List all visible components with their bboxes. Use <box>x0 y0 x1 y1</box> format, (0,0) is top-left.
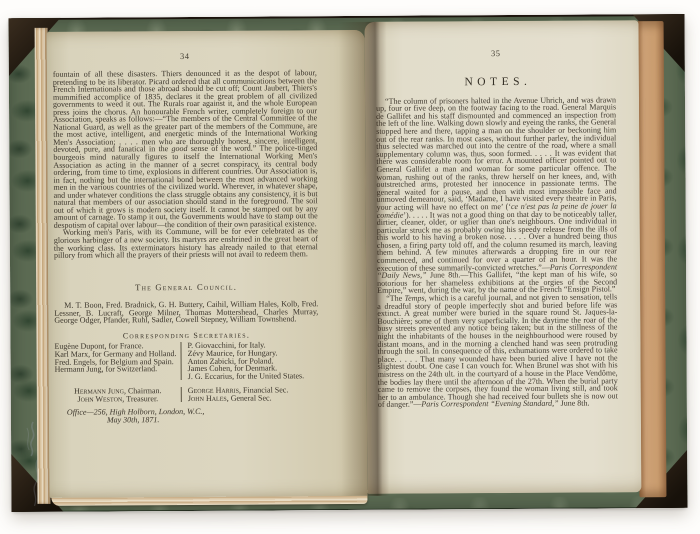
page-number: 35 <box>376 47 616 58</box>
officers-right-column: George Harris,Financial Sec. John Hales,… <box>181 386 319 402</box>
page-35-text-block: NOTES. “The column of prisoners halted i… <box>376 78 618 408</box>
officer-entry: John Hales,General Sec. <box>188 394 319 402</box>
book: 34 fountain of all these disasters. Thie… <box>8 14 687 512</box>
body-paragraph: fountain of all these disasters. Thiers … <box>53 69 318 229</box>
officer-name: John Weston, <box>77 394 124 403</box>
officers-columns: Hermann Jung,Chairman. John Weston,Treas… <box>55 386 319 403</box>
officer-entry: John Weston,Treasurer. <box>55 395 181 403</box>
secretary-entry: Hermann Jung, for Switzerland. <box>55 365 181 373</box>
office-address: Office—256, High Holborn, London, W.C., … <box>55 407 319 424</box>
officer-title: General Sec. <box>231 393 272 402</box>
body-paragraph: “The column of prisoners halted in the A… <box>376 96 617 295</box>
body-paragraph: “The Temps, which is a careful journal, … <box>377 293 618 408</box>
secretaries-columns: Eugène Dupont, for France. Karl Marx, fo… <box>54 342 318 381</box>
pencil-smudge <box>19 416 54 512</box>
officer-title: Treasurer. <box>126 394 158 403</box>
corresponding-secretaries-heading: Corresponding Secretaries. <box>54 331 318 340</box>
officer-name: John Hales, <box>188 393 229 402</box>
general-council-names: M. T. Boon, Fred. Bradnick, G. H. Butter… <box>54 300 318 324</box>
page-34: 34 fountain of all these disasters. Thie… <box>47 30 368 498</box>
officers-left-column: Hermann Jung,Chairman. John Weston,Treas… <box>55 387 181 403</box>
notes-heading: NOTES. <box>376 78 616 87</box>
secretaries-left-column: Eugène Dupont, for France. Karl Marx, fo… <box>54 342 180 381</box>
body-paragraph: Working men's Paris, with its Commune, w… <box>54 228 318 260</box>
secretaries-right-column: P. Giovacchini, for Italy. Zévy Maurice,… <box>180 342 318 381</box>
page-35: 35 NOTES. “The column of prisoners halte… <box>365 20 642 494</box>
page-34-text-block: fountain of all these disasters. Thiers … <box>53 69 319 424</box>
page-number: 34 <box>53 50 317 62</box>
general-council-heading: The General Council. <box>54 283 318 292</box>
secretary-entry: J. G. Eccarius, for the United States. <box>188 372 319 380</box>
